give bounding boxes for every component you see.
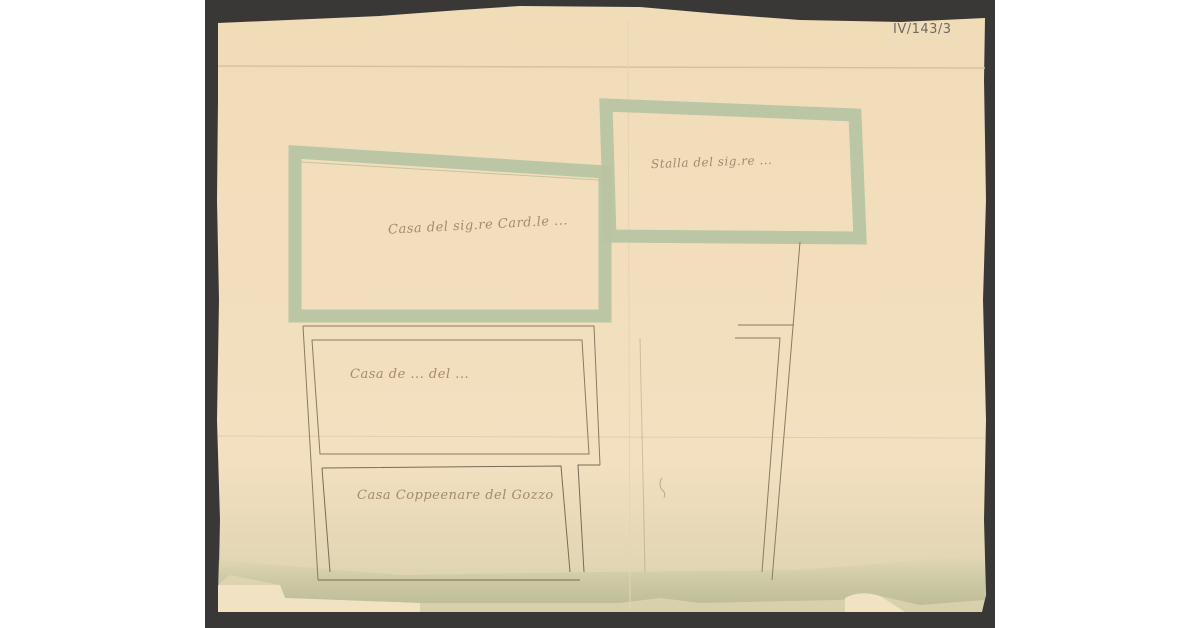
room-label-lower-left: Casa Coppeenare del Gozzo <box>357 488 554 503</box>
room-label-middle-left: Casa de ... del ... <box>350 367 469 382</box>
catalog-number: IV/143/3 <box>893 22 952 37</box>
plan-sheet <box>0 0 1200 628</box>
